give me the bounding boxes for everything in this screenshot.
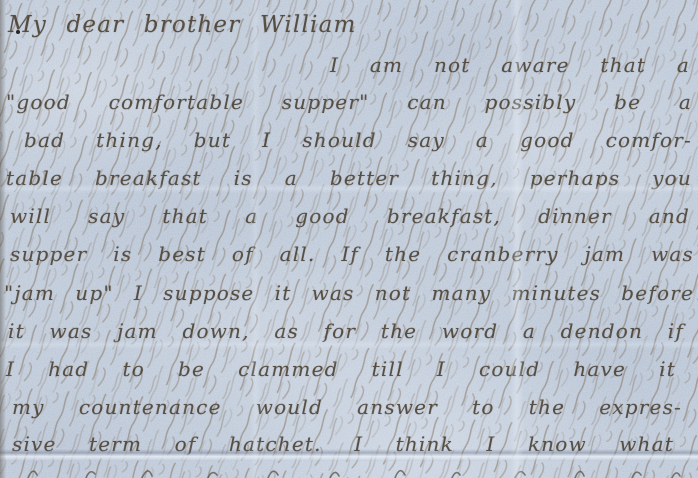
letter-line-5: table breakfast is a better thing, perha… (6, 165, 692, 192)
letter-line-7: supper is best of all. If the cranberry … (10, 241, 694, 268)
letter-line-salutation: My dear brother William (8, 12, 313, 39)
letter-line-8: "jam up" I suppose it was not many minut… (4, 280, 694, 307)
ink-speck (16, 30, 20, 34)
letter-line-10: I had to be clammed till I could have it (6, 356, 676, 383)
letter-line-12: sive term of hatchet. I think I know wha… (12, 431, 674, 458)
letter-page: My dear brother William I am not aware t… (0, 0, 698, 478)
letter-line-2: I am not aware that a (330, 52, 690, 79)
letter-line-6: will say that a good breakfast, dinner a… (10, 203, 690, 230)
letter-text: My dear brother William I am not aware t… (0, 0, 698, 478)
letter-line-4: bad thing, but I should say a good comfo… (24, 127, 692, 154)
letter-line-11: my countenance would answer to the expre… (12, 394, 682, 421)
letter-line-3: "good comfortable supper" can possibly b… (6, 89, 692, 116)
letter-line-9: it was jam down, as for the word a dendo… (8, 318, 684, 345)
